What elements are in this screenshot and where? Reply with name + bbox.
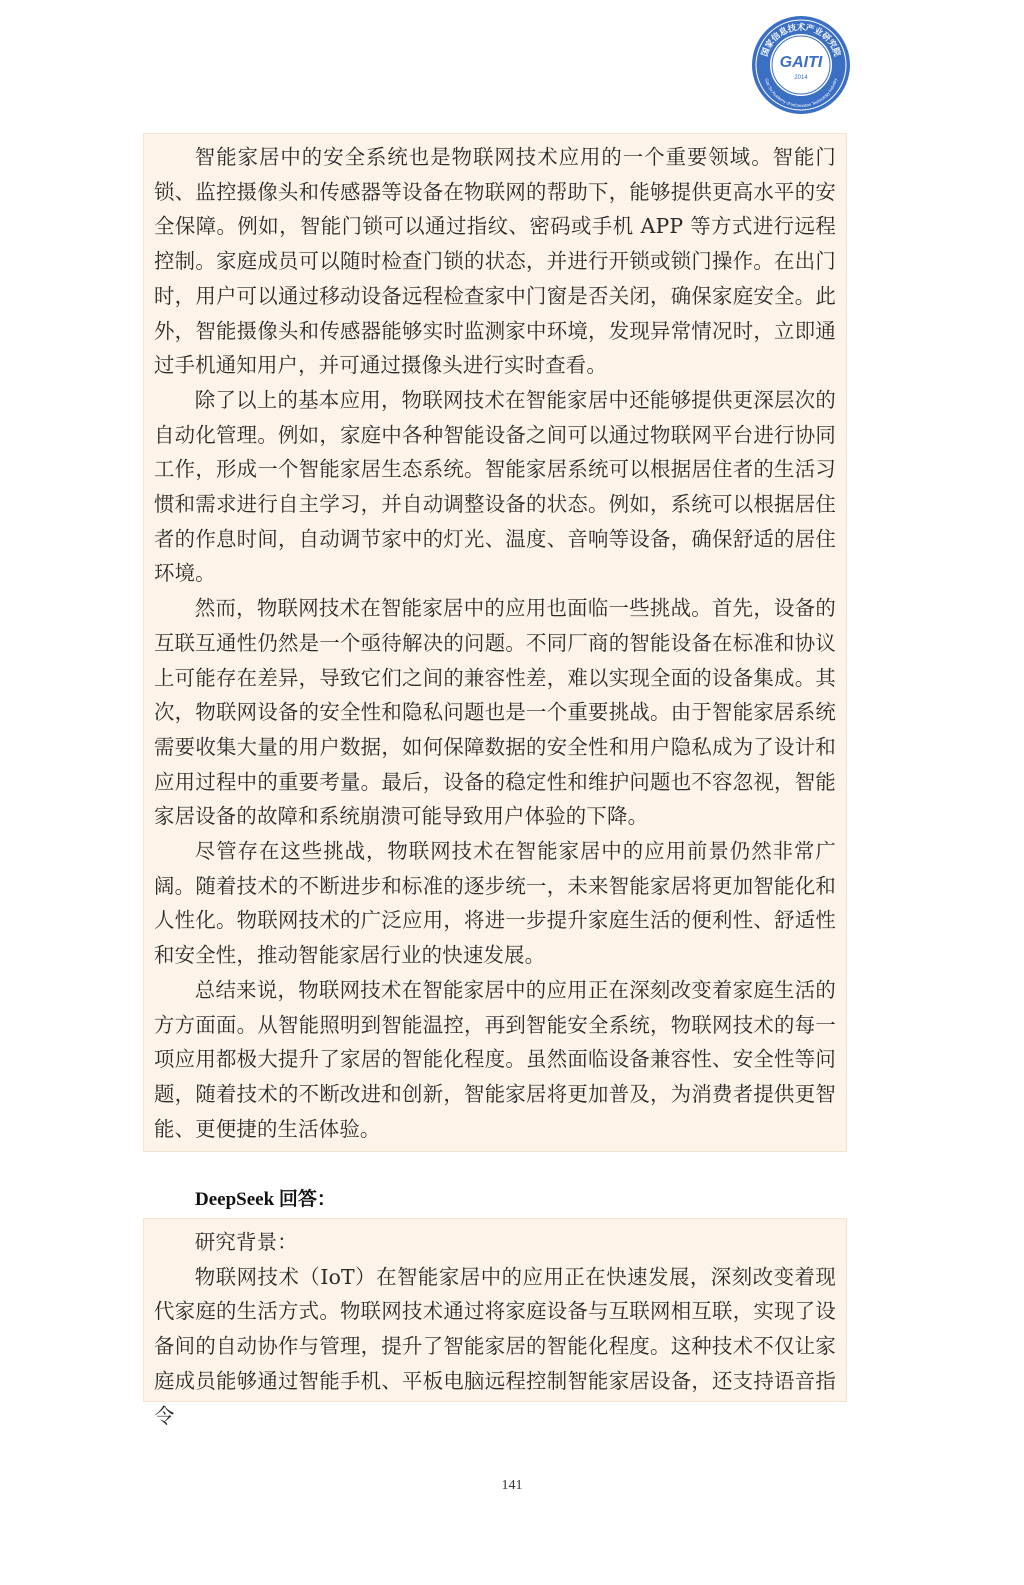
svg-text:GAITI: GAITI <box>780 54 823 71</box>
answer-box-deepseek: 研究背景： 物联网技术（IoT）在智能家居中的应用正在快速发展，深刻改变着现代家… <box>143 1218 847 1402</box>
paragraph-summary: 总结来说，物联网技术在智能家居中的应用正在深刻改变着家庭生活的方方面面。从智能照… <box>154 973 836 1147</box>
answer-box-previous: 智能家居中的安全系统也是物联网技术应用的一个重要领域。智能门锁、监控摄像头和传感… <box>143 133 847 1152</box>
logo-emblem-icon: GAITI 2014 国家信息技术产业研究院 Gan Su Academy of… <box>750 14 852 116</box>
gaiti-logo: GAITI 2014 国家信息技术产业研究院 Gan Su Academy of… <box>750 14 852 116</box>
paragraph-research-background: 物联网技术（IoT）在智能家居中的应用正在快速发展，深刻改变着现代家庭的生活方式… <box>154 1260 836 1434</box>
paragraph-research-background-label: 研究背景： <box>154 1225 836 1260</box>
paragraph-challenges: 然而，物联网技术在智能家居中的应用也面临一些挑战。首先，设备的互联互通性仍然是一… <box>154 591 836 834</box>
page-number: 141 <box>0 1478 1024 1494</box>
paragraph-security-systems: 智能家居中的安全系统也是物联网技术应用的一个重要领域。智能门锁、监控摄像头和传感… <box>154 140 836 383</box>
paragraph-prospects: 尽管存在这些挑战，物联网技术在智能家居中的应用前景仍然非常广阔。随着技术的不断进… <box>154 834 836 973</box>
paragraph-automation: 除了以上的基本应用，物联网技术在智能家居中还能够提供更深层次的自动化管理。例如，… <box>154 383 836 591</box>
svg-text:2014: 2014 <box>794 75 808 81</box>
deepseek-answer-heading: DeepSeek 回答： <box>195 1184 336 1211</box>
